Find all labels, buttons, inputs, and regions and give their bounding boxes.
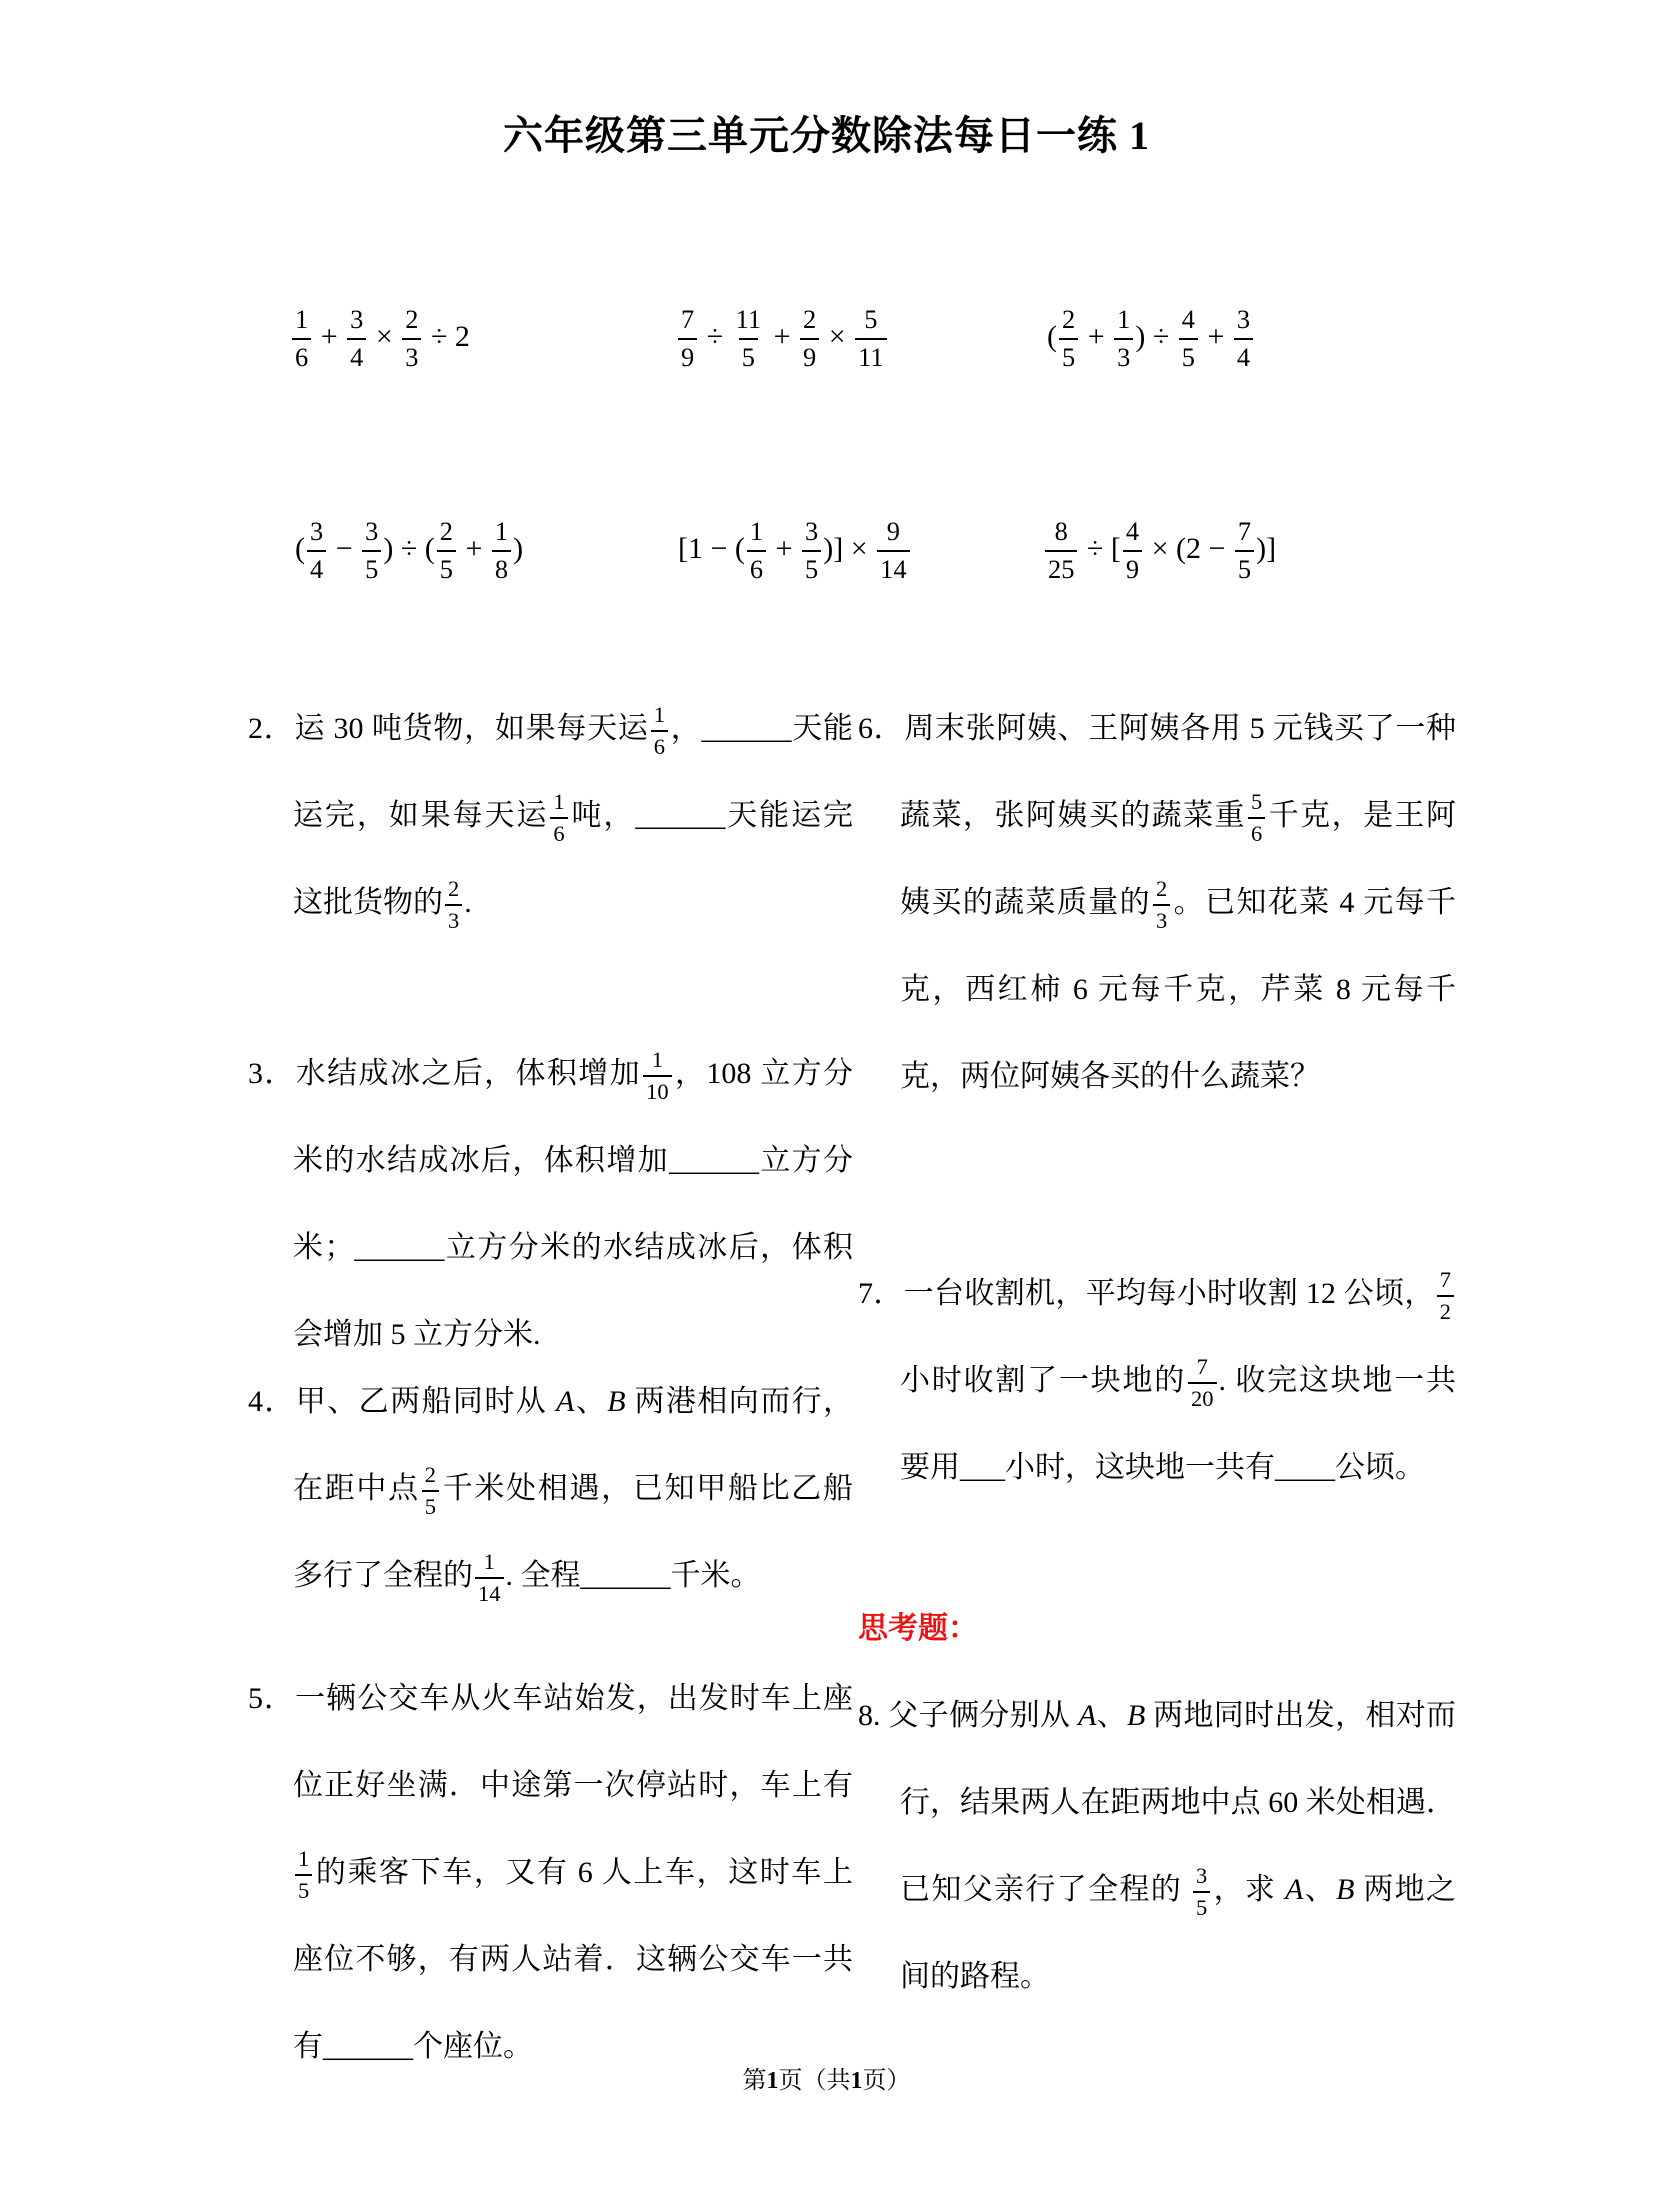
fraction-numerator: 2 bbox=[422, 1460, 439, 1490]
fraction-denominator: 5 bbox=[1235, 550, 1254, 588]
fraction: 18 bbox=[492, 514, 511, 587]
fraction-denominator: 3 bbox=[402, 338, 421, 376]
fraction-numerator: 7 bbox=[1194, 1352, 1211, 1382]
calc-expression-1: 16 + 34 × 23 ÷ 2 bbox=[290, 302, 470, 376]
fraction-denominator: 5 bbox=[362, 550, 381, 588]
problem-6: 6．周末张阿姨、王阿姨各用 5 元钱买了一种蔬菜，张阿姨买的蔬菜重56千克，是王… bbox=[858, 685, 1456, 1120]
fraction: 34 bbox=[1234, 302, 1253, 375]
fraction-numerator: 9 bbox=[884, 514, 903, 550]
fraction-numerator: 3 bbox=[802, 514, 821, 550]
fraction: 720 bbox=[1188, 1352, 1217, 1415]
fraction-denominator: 3 bbox=[1114, 338, 1133, 376]
fraction: 34 bbox=[307, 514, 326, 587]
fraction-numerator: 1 bbox=[747, 514, 766, 550]
math-variable: B bbox=[1127, 1699, 1145, 1732]
fraction-numerator: 3 bbox=[362, 514, 381, 550]
fraction-numerator: 11 bbox=[733, 302, 764, 338]
fraction-numerator: 4 bbox=[1123, 514, 1142, 550]
fraction-numerator: 1 bbox=[492, 514, 511, 550]
fraction-denominator: 4 bbox=[307, 550, 326, 588]
problem-text: 水结成冰之后，体积增加110，108 立方分米的水结成冰后，体积增加______… bbox=[293, 1057, 853, 1351]
fraction: 16 bbox=[292, 302, 311, 375]
fraction-numerator: 4 bbox=[1179, 302, 1198, 338]
math-variable: A bbox=[1285, 1873, 1303, 1906]
fraction-denominator: 5 bbox=[295, 1874, 312, 1906]
fraction-denominator: 5 bbox=[422, 1490, 439, 1522]
fraction-numerator: 8 bbox=[1052, 514, 1071, 550]
problem-number: 6． bbox=[858, 712, 904, 745]
fraction: 35 bbox=[1193, 1861, 1210, 1924]
problem-7: 7．一台收割机，平均每小时收割 12 公顷，72小时收割了一块地的720. 收完… bbox=[858, 1250, 1456, 1511]
fraction-numerator: 1 bbox=[550, 787, 567, 817]
fraction-numerator: 1 bbox=[651, 700, 668, 730]
math-variable: A bbox=[1078, 1699, 1096, 1732]
fraction: 34 bbox=[347, 302, 366, 375]
fraction: 49 bbox=[1123, 514, 1142, 587]
fraction: 115 bbox=[733, 302, 764, 375]
fraction: 25 bbox=[437, 514, 456, 587]
fraction-numerator: 2 bbox=[445, 874, 462, 904]
page-footer: 第1页（共1页） bbox=[0, 2060, 1653, 2095]
fraction-denominator: 6 bbox=[651, 730, 668, 762]
fraction-numerator: 3 bbox=[307, 514, 326, 550]
fraction-denominator: 5 bbox=[802, 550, 821, 588]
fraction-numerator: 5 bbox=[1248, 787, 1265, 817]
fraction: 35 bbox=[362, 514, 381, 587]
fraction-numerator: 2 bbox=[402, 302, 421, 338]
fraction-denominator: 6 bbox=[747, 550, 766, 588]
fraction-numerator: 1 bbox=[1114, 302, 1133, 338]
fraction-denominator: 11 bbox=[855, 338, 886, 376]
calc-expression-4: (34 − 35) ÷ (25 + 18) bbox=[295, 514, 523, 588]
fraction-denominator: 20 bbox=[1188, 1382, 1217, 1414]
problem-text: 一辆公交车从火车站始发，出发时车上座位正好坐满．中途第一次停站时，车上有15的乘… bbox=[293, 1682, 853, 2063]
fraction-numerator: 1 bbox=[481, 1547, 498, 1577]
fraction-denominator: 14 bbox=[877, 550, 909, 588]
fraction-denominator: 2 bbox=[1437, 1295, 1454, 1327]
fraction: 16 bbox=[747, 514, 766, 587]
fraction-denominator: 6 bbox=[292, 338, 311, 376]
fraction: 72 bbox=[1437, 1265, 1454, 1328]
fraction-denominator: 4 bbox=[1234, 338, 1253, 376]
fraction: 16 bbox=[651, 700, 668, 763]
fraction-numerator: 2 bbox=[437, 514, 456, 550]
math-variable: A bbox=[556, 1385, 574, 1418]
problem-text: 父子俩分别从 A、B 两地同时出发，相对而行，结果两人在距两地中点 60 米处相… bbox=[888, 1699, 1456, 1993]
fraction: 23 bbox=[1153, 874, 1170, 937]
problem-number: 8. bbox=[858, 1699, 881, 1732]
fraction: 110 bbox=[643, 1045, 672, 1108]
fraction-numerator: 1 bbox=[292, 302, 311, 338]
fraction-numerator: 3 bbox=[1193, 1861, 1210, 1891]
math-variable: B bbox=[1336, 1873, 1354, 1906]
fraction: 45 bbox=[1179, 302, 1198, 375]
fraction-denominator: 8 bbox=[492, 550, 511, 588]
fraction-denominator: 5 bbox=[739, 338, 758, 376]
calc-expression-5: [1 − (16 + 35)] × 914 bbox=[678, 514, 912, 588]
fraction: 29 bbox=[800, 302, 819, 375]
calc-expression-3: (25 + 13) ÷ 45 + 34 bbox=[1047, 302, 1255, 376]
problem-5: 5．一辆公交车从火车站始发，出发时车上座位正好坐满．中途第一次停站时，车上有15… bbox=[248, 1655, 853, 2090]
fraction: 23 bbox=[445, 874, 462, 937]
problem-text: 一台收割机，平均每小时收割 12 公顷，72小时收割了一块地的720. 收完这块… bbox=[900, 1277, 1456, 1484]
fraction-denominator: 6 bbox=[1248, 817, 1265, 849]
fraction: 56 bbox=[1248, 787, 1265, 850]
fraction-numerator: 7 bbox=[678, 302, 697, 338]
fraction: 114 bbox=[475, 1547, 504, 1610]
problem-text: 周末张阿姨、王阿姨各用 5 元钱买了一种蔬菜，张阿姨买的蔬菜重56千克，是王阿姨… bbox=[900, 712, 1456, 1093]
calc-expression-6: 825 ÷ [49 × (2 − 75)] bbox=[1043, 514, 1276, 588]
fraction-denominator: 3 bbox=[1153, 904, 1170, 936]
fraction-denominator: 4 bbox=[347, 338, 366, 376]
fraction-denominator: 3 bbox=[445, 904, 462, 936]
fraction-numerator: 1 bbox=[295, 1844, 312, 1874]
fraction: 75 bbox=[1235, 514, 1254, 587]
fraction: 25 bbox=[422, 1460, 439, 1523]
fraction-numerator: 2 bbox=[1153, 874, 1170, 904]
fraction: 23 bbox=[402, 302, 421, 375]
problem-text: 运 30 吨货物，如果每天运16，______天能运完，如果每天运16吨，___… bbox=[293, 712, 853, 919]
fraction-denominator: 5 bbox=[437, 550, 456, 588]
fraction: 914 bbox=[877, 514, 909, 587]
fraction: 511 bbox=[855, 302, 886, 375]
problem-4: 4．甲、乙两船同时从 A、B 两港相向而行，在距中点25千米处相遇，已知甲船比乙… bbox=[248, 1358, 853, 1619]
problem-number: 2． bbox=[248, 712, 295, 745]
fraction: 825 bbox=[1045, 514, 1077, 587]
fraction: 15 bbox=[295, 1844, 312, 1907]
fraction: 35 bbox=[802, 514, 821, 587]
fraction-denominator: 9 bbox=[1123, 550, 1142, 588]
bold-text: 1 bbox=[767, 2068, 779, 2094]
problem-2: 2．运 30 吨货物，如果每天运16，______天能运完，如果每天运16吨，_… bbox=[248, 685, 853, 946]
problem-number: 5． bbox=[248, 1682, 295, 1715]
fraction-denominator: 6 bbox=[550, 817, 567, 849]
fraction: 16 bbox=[550, 787, 567, 850]
thinking-section-heading: 思考题： bbox=[858, 1608, 978, 1650]
fraction: 13 bbox=[1114, 302, 1133, 375]
problem-number: 3． bbox=[248, 1057, 296, 1090]
problem-8: 8. 父子俩分别从 A、B 两地同时出发，相对而行，结果两人在距两地中点 60 … bbox=[858, 1672, 1456, 2020]
fraction-numerator: 7 bbox=[1437, 1265, 1454, 1295]
worksheet-page: 六年级第三单元分数除法每日一练 1 16 + 34 × 23 ÷ 2 79 ÷ … bbox=[0, 0, 1653, 2204]
calc-expression-2: 79 ÷ 115 + 29 × 511 bbox=[676, 302, 889, 376]
fraction-numerator: 2 bbox=[800, 302, 819, 338]
math-variable: B bbox=[607, 1385, 625, 1418]
problem-number: 7． bbox=[858, 1277, 904, 1310]
problem-text: 甲、乙两船同时从 A、B 两港相向而行，在距中点25千米处相遇，已知甲船比乙船多… bbox=[293, 1385, 853, 1592]
fraction-numerator: 1 bbox=[649, 1045, 666, 1075]
problem-number: 4． bbox=[248, 1385, 296, 1418]
page-title: 六年级第三单元分数除法每日一练 1 bbox=[0, 104, 1653, 161]
fraction-denominator: 9 bbox=[678, 338, 697, 376]
fraction-denominator: 9 bbox=[800, 338, 819, 376]
fraction-denominator: 14 bbox=[475, 1577, 504, 1609]
fraction-numerator: 5 bbox=[861, 302, 880, 338]
fraction-numerator: 3 bbox=[1234, 302, 1253, 338]
bold-text: 1 bbox=[851, 2068, 863, 2094]
fraction-denominator: 10 bbox=[643, 1075, 672, 1107]
fraction-denominator: 5 bbox=[1059, 338, 1078, 376]
fraction: 79 bbox=[678, 302, 697, 375]
fraction-denominator: 5 bbox=[1179, 338, 1198, 376]
fraction-numerator: 3 bbox=[347, 302, 366, 338]
problem-3: 3．水结成冰之后，体积增加110，108 立方分米的水结成冰后，体积增加____… bbox=[248, 1030, 853, 1378]
fraction-denominator: 25 bbox=[1045, 550, 1077, 588]
fraction-numerator: 2 bbox=[1059, 302, 1078, 338]
fraction-numerator: 7 bbox=[1235, 514, 1254, 550]
fraction: 25 bbox=[1059, 302, 1078, 375]
fraction-denominator: 5 bbox=[1193, 1891, 1210, 1923]
